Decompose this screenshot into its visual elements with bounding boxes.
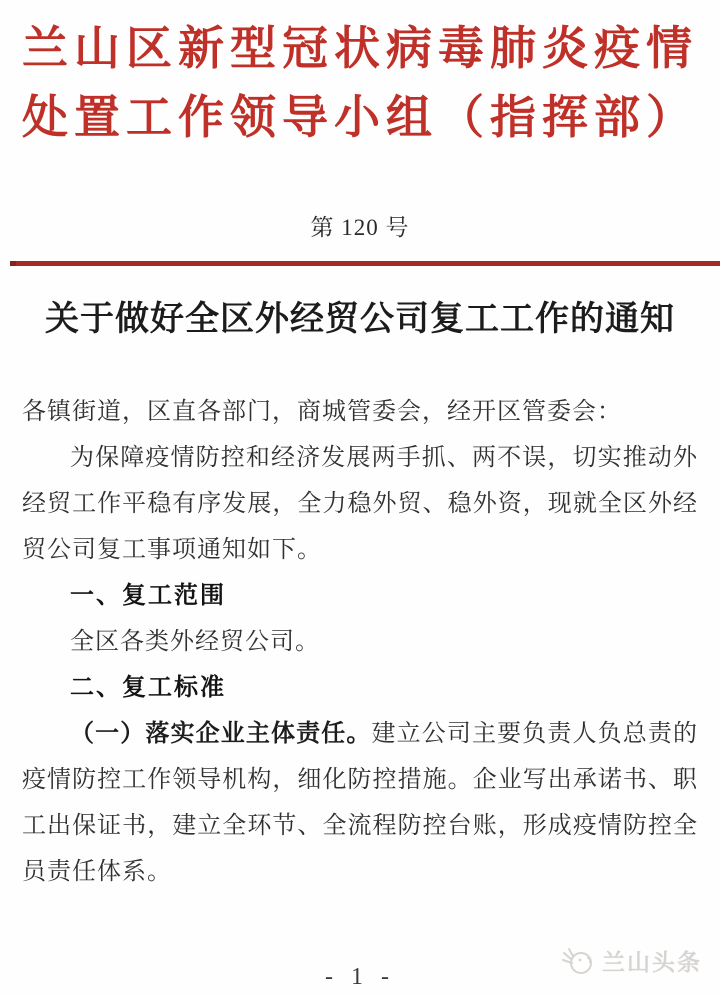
document-number: 第 120 号 [0,213,720,243]
section-1-text: 全区各类外经贸公司。 [22,619,698,665]
intro-paragraph: 为保障疫情防控和经济发展两手抓、两不误，切实推动外经贸工作平稳有序发展，全力稳外… [22,435,698,573]
salutation-line: 各镇街道，区直各部门，商城管委会，经开区管委会： [22,389,698,435]
red-divider-line [10,261,720,266]
letterhead-line-1: 兰山区新型冠状病毒肺炎疫情 [0,14,720,83]
item-1-lead-phrase: （一）落实企业主体责任。 [70,721,372,747]
document-body: 各镇街道，区直各部门，商城管委会，经开区管委会： 为保障疫情防控和经济发展两手抓… [22,389,698,895]
letterhead-line-2: 处置工作领导小组（指挥部） [0,83,720,152]
item-1-paragraph: （一）落实企业主体责任。建立公司主要负责人负总责的疫情防控工作领导机构，细化防控… [22,711,698,895]
document-page: 兰山区新型冠状病毒肺炎疫情 处置工作领导小组（指挥部） 第 120 号 关于做好… [0,0,720,995]
page-number: - 1 - [0,963,720,991]
section-1-heading: 一、复工范围 [22,573,698,619]
document-letterhead: 兰山区新型冠状病毒肺炎疫情 处置工作领导小组（指挥部） [0,0,720,152]
notice-title: 关于做好全区外经贸公司复工工作的通知 [0,299,720,341]
section-2-heading: 二、复工标准 [22,665,698,711]
